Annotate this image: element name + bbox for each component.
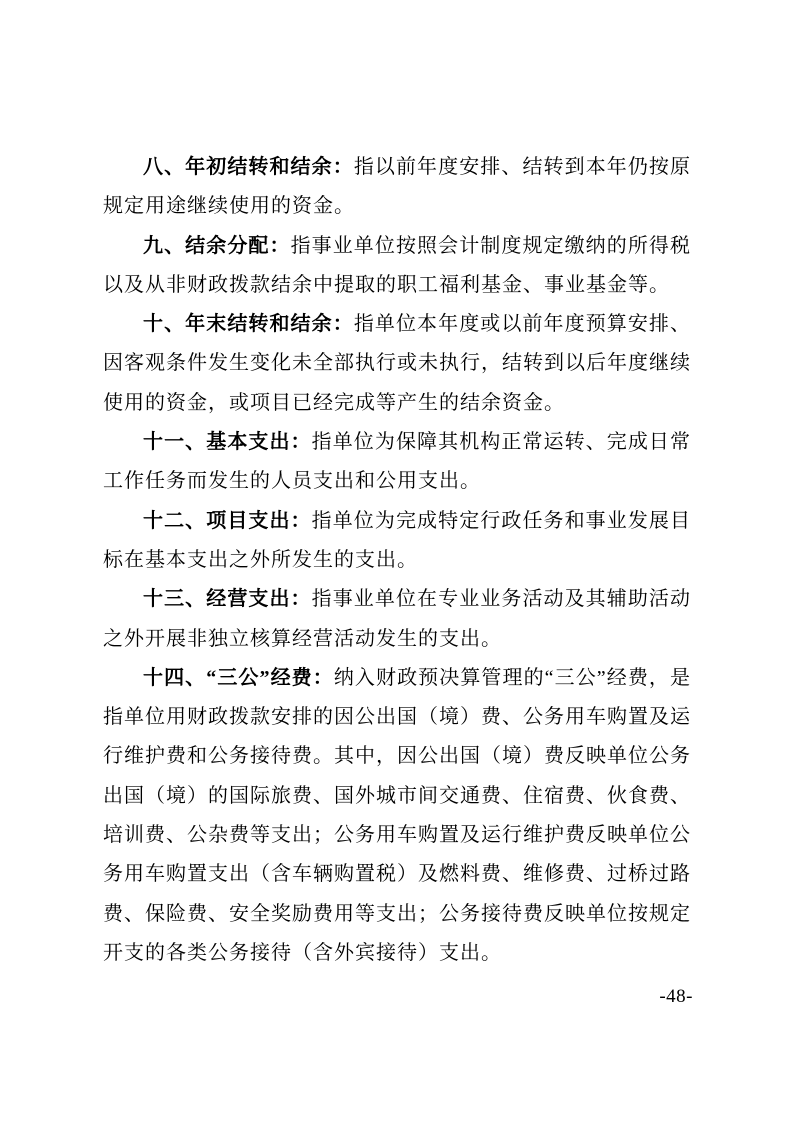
definition-term: 十四、“三公”经费： <box>143 667 334 689</box>
definition-term: 十、年末结转和结余： <box>143 313 354 335</box>
definition-body: 纳入财政预决算管理的“三公”经费，是指单位用财政拨款安排的因公出国（境）费、公务… <box>103 667 691 964</box>
definition-term: 八、年初结转和结余： <box>143 156 354 178</box>
document-page: 八、年初结转和结余：指以前年度安排、结转到本年仍按原规定用途继续使用的资金。 九… <box>0 0 793 1122</box>
document-body: 八、年初结转和结余：指以前年度安排、结转到本年仍按原规定用途继续使用的资金。 九… <box>103 148 691 973</box>
definition-paragraph-14: 十四、“三公”经费：纳入财政预决算管理的“三公”经费，是指单位用财政拨款安排的因… <box>103 659 691 973</box>
page-number: -48- <box>659 986 693 1008</box>
definition-term: 十一、基本支出： <box>143 431 312 453</box>
definition-paragraph-11: 十一、基本支出：指单位为保障其机构正常运转、完成日常工作任务而发生的人员支出和公… <box>103 423 691 502</box>
definition-paragraph-12: 十二、项目支出：指单位为完成特定行政任务和事业发展目标在基本支出之外所发生的支出… <box>103 502 691 581</box>
definition-term: 十三、经营支出： <box>143 588 312 610</box>
definition-paragraph-9: 九、结余分配：指事业单位按照会计制度规定缴纳的所得税以及从非财政拨款结余中提取的… <box>103 227 691 306</box>
definition-term: 九、结余分配： <box>143 235 291 257</box>
definition-term: 十二、项目支出： <box>143 510 312 532</box>
definition-paragraph-13: 十三、经营支出：指事业单位在专业业务活动及其辅助活动之外开展非独立核算经营活动发… <box>103 580 691 659</box>
definition-paragraph-10: 十、年末结转和结余：指单位本年度或以前年度预算安排、因客观条件发生变化未全部执行… <box>103 305 691 423</box>
definition-paragraph-8: 八、年初结转和结余：指以前年度安排、结转到本年仍按原规定用途继续使用的资金。 <box>103 148 691 227</box>
